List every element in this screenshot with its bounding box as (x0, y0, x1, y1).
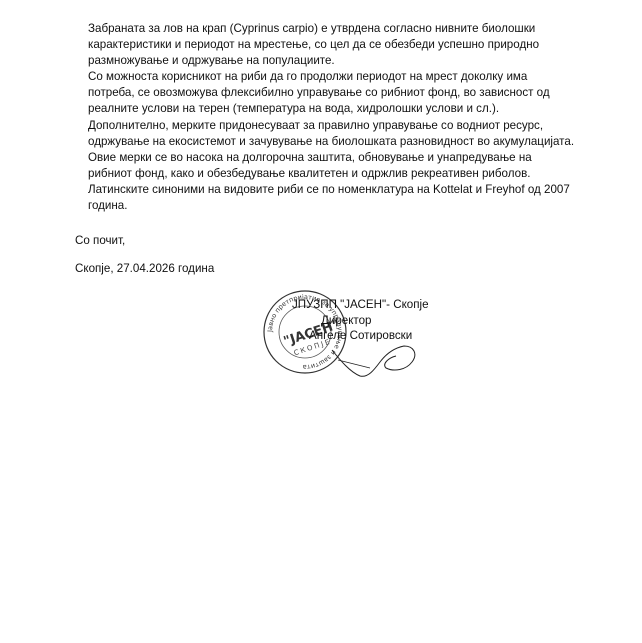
body-line: размножување и одржување на популациите. (88, 53, 558, 69)
body-line: Дополнително, мерките придонесуваат за п… (88, 118, 558, 134)
body-line: рибниот фонд, како и обезбедување квалит… (88, 166, 558, 182)
signature-organization: ЈПУЗПП "ЈАСЕН"- Скопје (292, 297, 429, 313)
body-line: потреба, се овозможува флексибилно управ… (88, 85, 558, 101)
signature-block: ЈПУЗПП "ЈАСЕН"- Скопје Директор Ангеле С… (291, 297, 429, 344)
body-line: Со можноста корисникот на риби да го про… (88, 69, 558, 85)
body-line: реалните услови на терен (температура на… (88, 101, 558, 117)
body-line: одржување на екосистемот и зачувување на… (88, 134, 558, 150)
body-line: година. (88, 198, 558, 214)
document-body: Забраната за лов на крап (Cyprinus carpi… (88, 21, 558, 214)
body-line: Овие мерки се во насока на долгорочна за… (88, 150, 558, 166)
closing-salutation: Со почит, (75, 234, 125, 247)
signature-title: Директор (321, 313, 429, 329)
body-line: Латинските синоними на видовите риби се … (88, 182, 558, 198)
body-line: Забраната за лов на крап (Cyprinus carpi… (88, 21, 558, 37)
place-date: Скопје, 27.04.2026 година (75, 262, 214, 275)
body-line: карактеристики и периодот на мрестење, с… (88, 37, 558, 53)
signature-name: Ангеле Сотировски (309, 328, 429, 344)
